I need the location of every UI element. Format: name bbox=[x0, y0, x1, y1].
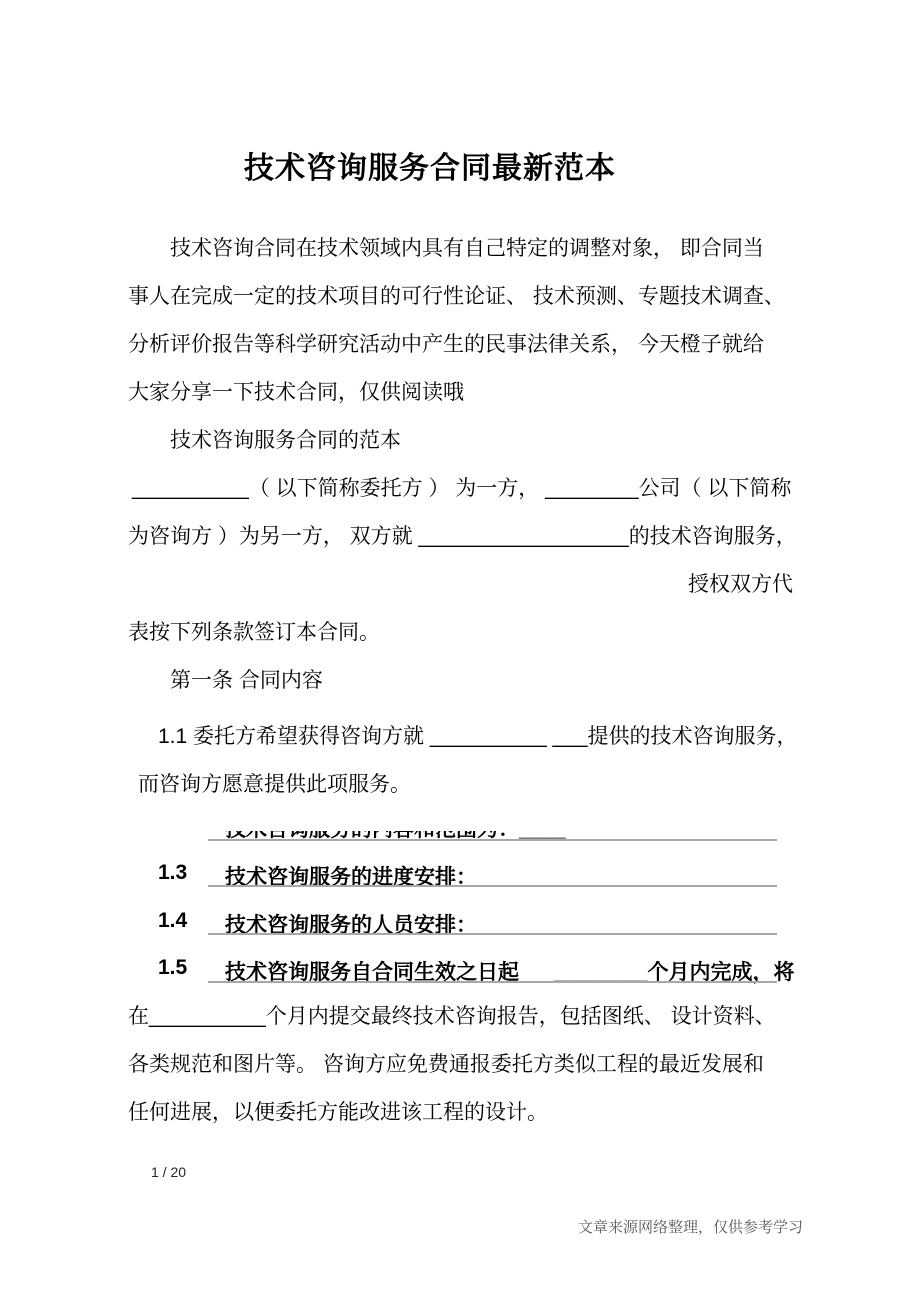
clause-1-3-row: 1.3 技术咨询服务的进度安排： ______ bbox=[0, 861, 920, 887]
parties-line-1: __________（ 以下简称委托方 ） 为一方， ________公司（ 以… bbox=[132, 476, 791, 502]
clause-1-2-number: 1.2 bbox=[158, 831, 187, 837]
parties-line-3: 授权双方代 bbox=[688, 572, 793, 598]
clause-1-5-cont-line-3: 任何进展，以便委托方能改进该工程的设计。 bbox=[128, 1100, 548, 1126]
clause-1-4-row: 1.4 技术咨询服务的人员安排： ______ bbox=[0, 909, 920, 935]
page-number: 1 / 20 bbox=[151, 1164, 186, 1180]
document-subtitle: 技术咨询服务合同的范本 bbox=[170, 428, 401, 454]
clause-1-2-text: 技术咨询服务的内容和范围为：____ bbox=[225, 831, 566, 839]
row-separator-1-5 bbox=[208, 981, 777, 983]
row-separator-1-4 bbox=[208, 933, 777, 935]
document-title: 技术咨询服务合同最新范本 bbox=[0, 143, 860, 187]
clause-1-5-number: 1.5 bbox=[158, 956, 187, 980]
article-1-heading: 第一条 合同内容 bbox=[170, 668, 323, 694]
clause-1-2-row-clipped: 1.2 技术咨询服务的内容和范围为：____ bbox=[0, 831, 920, 839]
intro-line-3: 分析评价报告等科学研究活动中产生的民事法律关系， 今天橙子就给 bbox=[128, 332, 764, 358]
parties-line-2: 为咨询方 ）为另一方， 双方就 __________________的技术咨询服… bbox=[128, 524, 797, 550]
parties-line-4: 表按下列条款签订本合同。 bbox=[128, 620, 380, 646]
clause-1-1-line-1: 1.1 委托方希望获得咨询方就 __________ ___提供的技术咨询服务， bbox=[158, 724, 798, 750]
clause-1-5-cont-line-2: 各类规范和图片等。 咨询方应免费通报委托方类似工程的最近发展和 bbox=[128, 1052, 764, 1078]
intro-line-2: 事人在完成一定的技术项目的可行性论证、 技术预测、专题技术调查、 bbox=[128, 284, 785, 310]
document-page: 技术咨询服务合同最新范本 技术咨询合同在技术领域内具有自己特定的调整对象， 即合… bbox=[0, 0, 920, 1303]
row-separator-1-3 bbox=[208, 885, 777, 887]
footer-source-note: 文章来源网络整理，仅供参考学习 bbox=[578, 1216, 803, 1237]
clause-1-3-number: 1.3 bbox=[158, 861, 187, 885]
clause-1-4-number: 1.4 bbox=[158, 909, 187, 933]
clause-1-1-line-2: 而咨询方愿意提供此项服务。 bbox=[138, 772, 411, 798]
row-separator-1-2 bbox=[208, 839, 777, 841]
intro-line-1: 技术咨询合同在技术领域内具有自己特定的调整对象， 即合同当 bbox=[170, 236, 764, 262]
clause-1-5-row: 1.5 技术咨询服务自合同生效之日起 ________个月内完成，将 bbox=[0, 956, 920, 982]
clause-1-5-cont-line-1: 在__________个月内提交最终技术咨询报告，包括图纸、 设计资料、 bbox=[128, 1004, 776, 1030]
intro-line-4: 大家分享一下技术合同，仅供阅读哦 bbox=[128, 380, 464, 406]
